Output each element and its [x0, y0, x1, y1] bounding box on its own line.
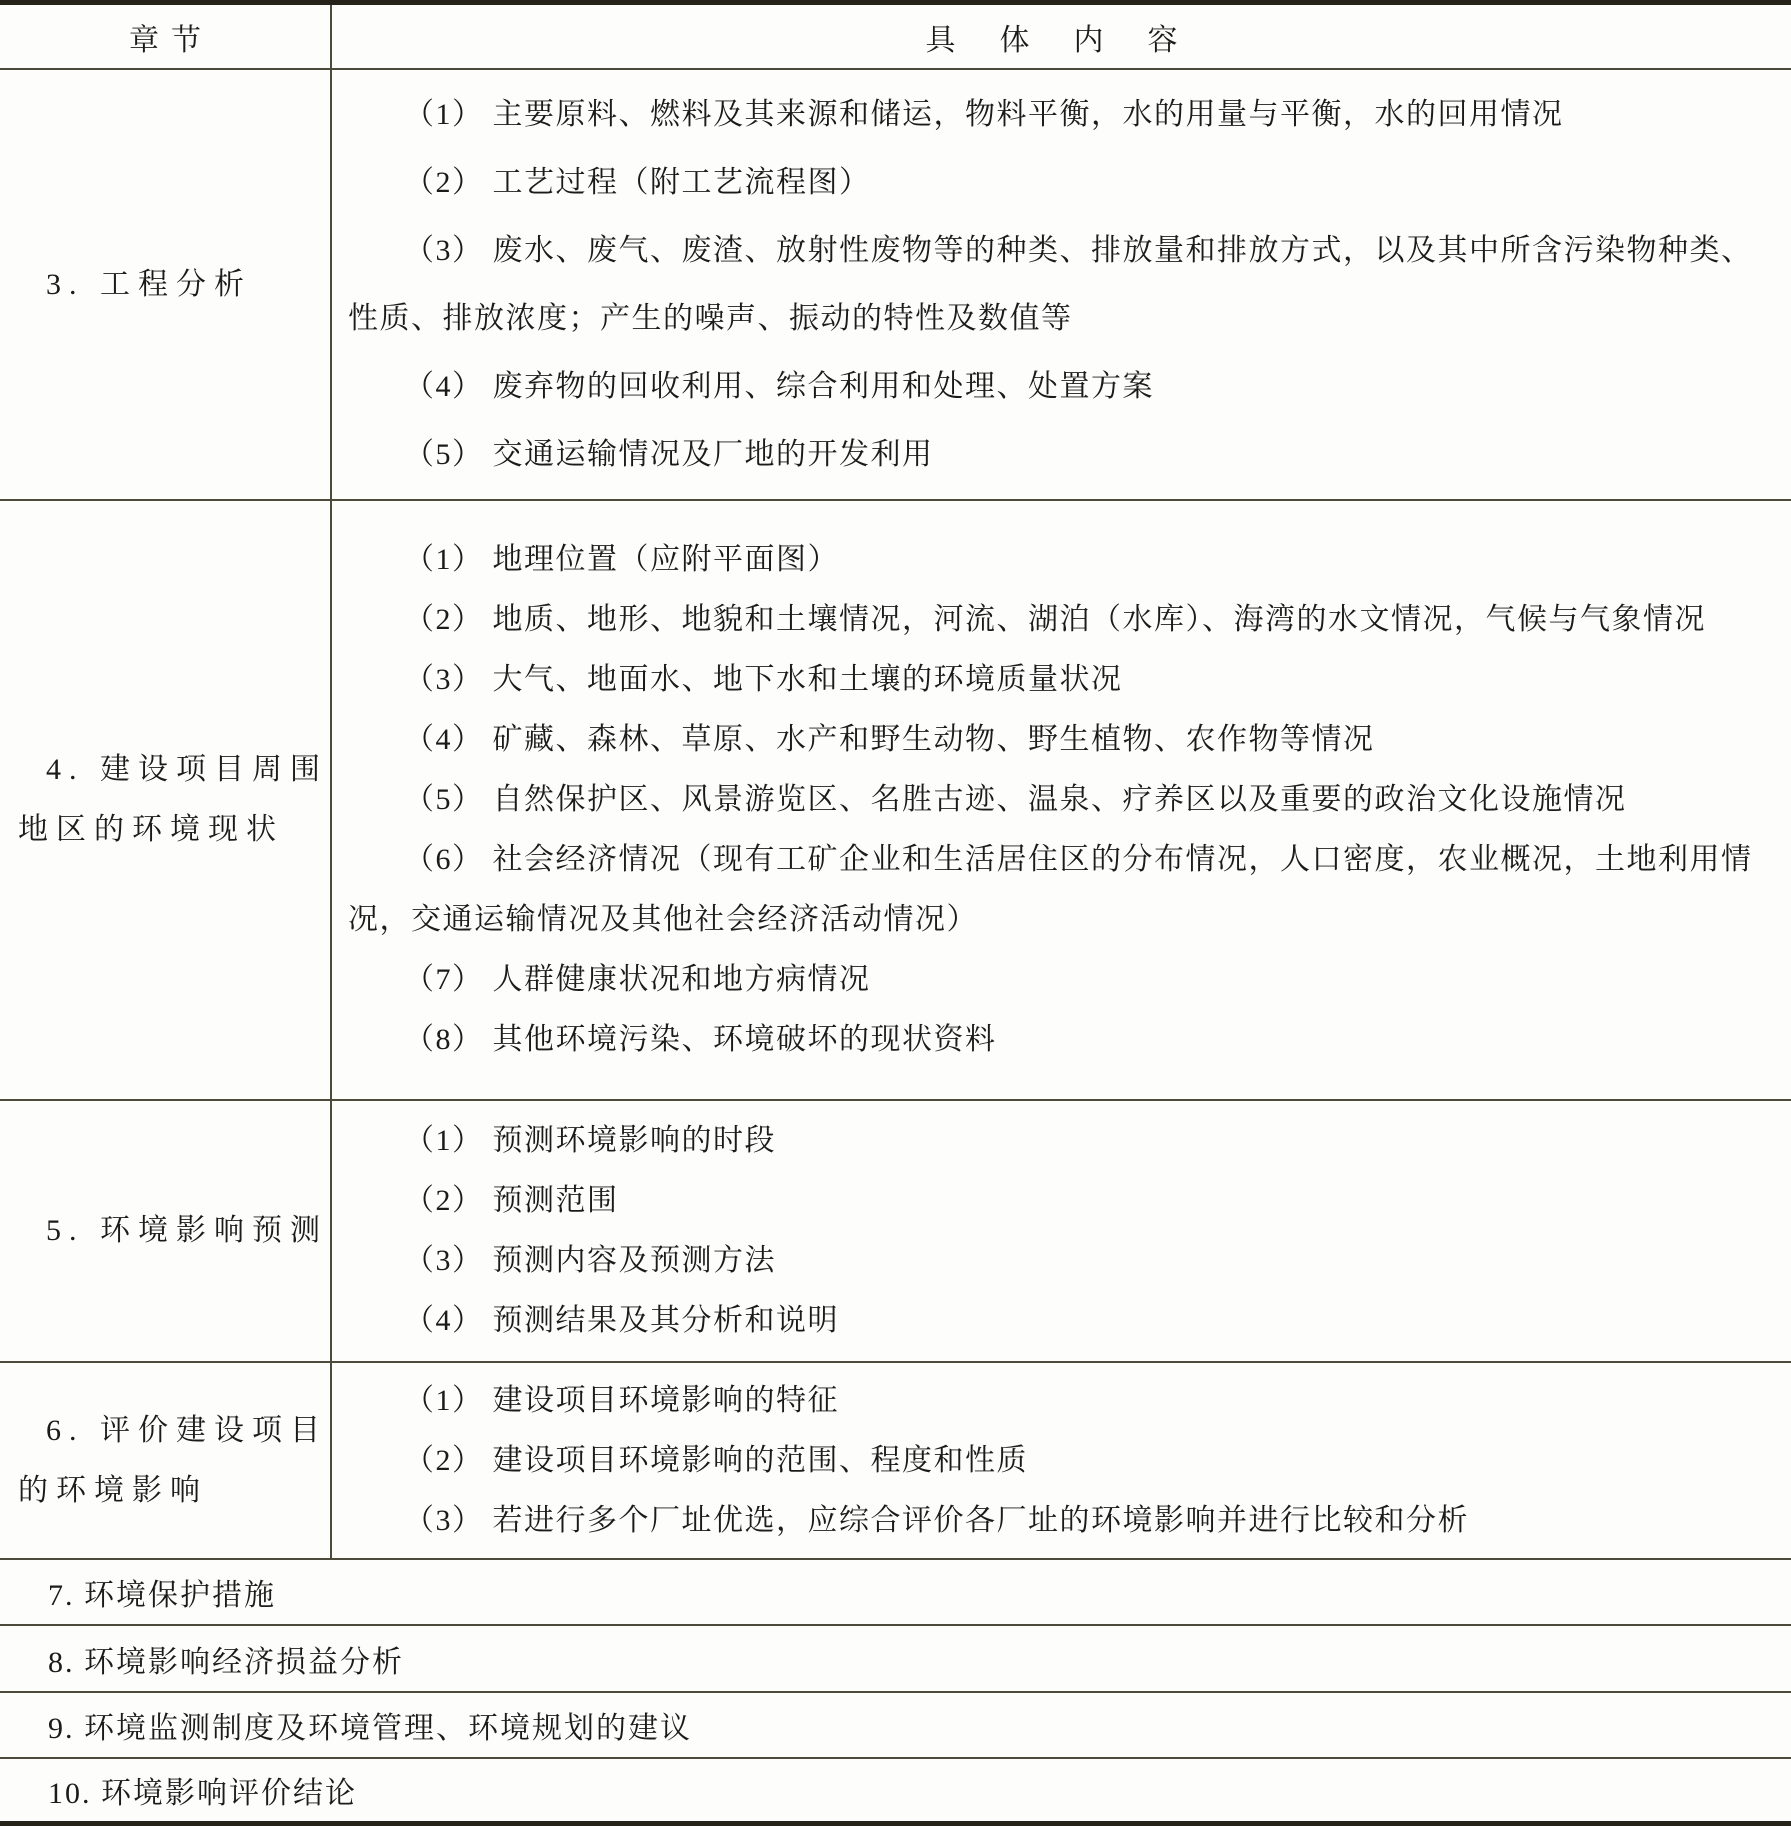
footer-label: 9. 环境监测制度及环境管理、环境规划的建议 [48, 1703, 692, 1747]
content-item: （6） 社会经济情况（现有工矿企业和生活居住区的分布情况，人口密度，农业概况，土… [348, 830, 1755, 950]
content-item: （3） 废水、废气、废渣、放射性废物等的种类、排放量和排放方式，以及其中所含污染… [348, 217, 1755, 353]
content-item: （2） 预测范围 [348, 1171, 1755, 1231]
content-item: （3） 若进行多个厂址优选，应综合评价各厂址的环境影响并进行比较和分析 [348, 1491, 1755, 1551]
chapter-label: 3. 工程分析 [0, 255, 330, 315]
chapter-line: 的环境影响 [18, 1461, 316, 1521]
chapter-cell: 4. 建设项目周围 地区的环境现状 [0, 501, 332, 1099]
chapter-column-header: 章节 [129, 15, 213, 59]
chapter-cell: 6. 评价建设项目 的环境影响 [0, 1363, 332, 1558]
chapter-label: 5. 环境影响预测 [0, 1201, 330, 1261]
content-column-header-cell: 具体内容 [332, 5, 1791, 68]
content-item: （2） 工艺过程（附工艺流程图） [348, 149, 1755, 217]
chapter-cell: 3. 工程分析 [0, 70, 332, 499]
content-item: （4） 矿藏、森林、草原、水产和野生动物、野生植物、农作物等情况 [348, 710, 1755, 770]
content-item: （4） 预测结果及其分析和说明 [348, 1291, 1755, 1351]
content-item: （5） 自然保护区、风景游览区、名胜古迹、温泉、疗养区以及重要的政治文化设施情况 [348, 770, 1755, 830]
content-column-header: 具体内容 [926, 15, 1222, 59]
chapter-line: 4. 建设项目周围 [18, 740, 316, 800]
content-item: （7） 人群健康状况和地方病情况 [348, 950, 1755, 1010]
chapter-label: 6. 评价建设项目 的环境影响 [0, 1401, 330, 1521]
section-row-3: 3. 工程分析 （1） 主要原料、燃料及其来源和储运，物料平衡，水的用量与平衡，… [0, 70, 1791, 501]
content-cell: （1） 建设项目环境影响的特征 （2） 建设项目环境影响的范围、程度和性质 （3… [332, 1363, 1791, 1558]
footer-label: 8. 环境影响经济损益分析 [48, 1637, 404, 1681]
content-item: （3） 大气、地面水、地下水和土壤的环境质量状况 [348, 650, 1755, 710]
section-row-4: 4. 建设项目周围 地区的环境现状 （1） 地理位置（应附平面图） （2） 地质… [0, 501, 1791, 1101]
chapter-line: 地区的环境现状 [18, 800, 316, 860]
content-item: （5） 交通运输情况及厂地的开发利用 [348, 421, 1755, 489]
footer-label: 7. 环境保护措施 [48, 1570, 276, 1614]
footer-row-8: 8. 环境影响经济损益分析 [0, 1626, 1791, 1693]
content-item: （2） 建设项目环境影响的范围、程度和性质 [348, 1431, 1755, 1491]
content-cell: （1） 地理位置（应附平面图） （2） 地质、地形、地貌和土壤情况，河流、湖泊（… [332, 501, 1791, 1099]
header-row: 章节 具体内容 [0, 5, 1791, 70]
content-cell: （1） 主要原料、燃料及其来源和储运，物料平衡，水的用量与平衡，水的回用情况 （… [332, 70, 1791, 499]
footer-row-9: 9. 环境监测制度及环境管理、环境规划的建议 [0, 1693, 1791, 1759]
section-row-5: 5. 环境影响预测 （1） 预测环境影响的时段 （2） 预测范围 （3） 预测内… [0, 1101, 1791, 1363]
chapter-line: 5. 环境影响预测 [18, 1201, 316, 1261]
footer-label: 10. 环境影响评价结论 [48, 1768, 357, 1812]
content-item: （4） 废弃物的回收利用、综合利用和处理、处置方案 [348, 353, 1755, 421]
footer-row-10: 10. 环境影响评价结论 [0, 1759, 1791, 1821]
content-item: （8） 其他环境污染、环境破坏的现状资料 [348, 1010, 1755, 1070]
content-cell: （1） 预测环境影响的时段 （2） 预测范围 （3） 预测内容及预测方法 （4）… [332, 1101, 1791, 1361]
chapter-label: 4. 建设项目周围 地区的环境现状 [0, 740, 330, 860]
chapter-line: 6. 评价建设项目 [18, 1401, 316, 1461]
footer-row-7: 7. 环境保护措施 [0, 1560, 1791, 1626]
chapter-column-header-cell: 章节 [0, 5, 332, 68]
content-item: （1） 预测环境影响的时段 [348, 1111, 1755, 1171]
content-item: （3） 预测内容及预测方法 [348, 1231, 1755, 1291]
chapter-cell: 5. 环境影响预测 [0, 1101, 332, 1361]
content-item: （2） 地质、地形、地貌和土壤情况，河流、湖泊（水库）、海湾的水文情况，气候与气… [348, 590, 1755, 650]
content-item: （1） 地理位置（应附平面图） [348, 530, 1755, 590]
content-item: （1） 主要原料、燃料及其来源和储运，物料平衡，水的用量与平衡，水的回用情况 [348, 81, 1755, 149]
content-item: （1） 建设项目环境影响的特征 [348, 1371, 1755, 1431]
chapter-line: 3. 工程分析 [18, 255, 316, 315]
chapter-content-table: 章节 具体内容 3. 工程分析 （1） 主要原料、燃料及其来源和储运，物料平衡，… [0, 0, 1791, 1826]
section-row-6: 6. 评价建设项目 的环境影响 （1） 建设项目环境影响的特征 （2） 建设项目… [0, 1363, 1791, 1560]
